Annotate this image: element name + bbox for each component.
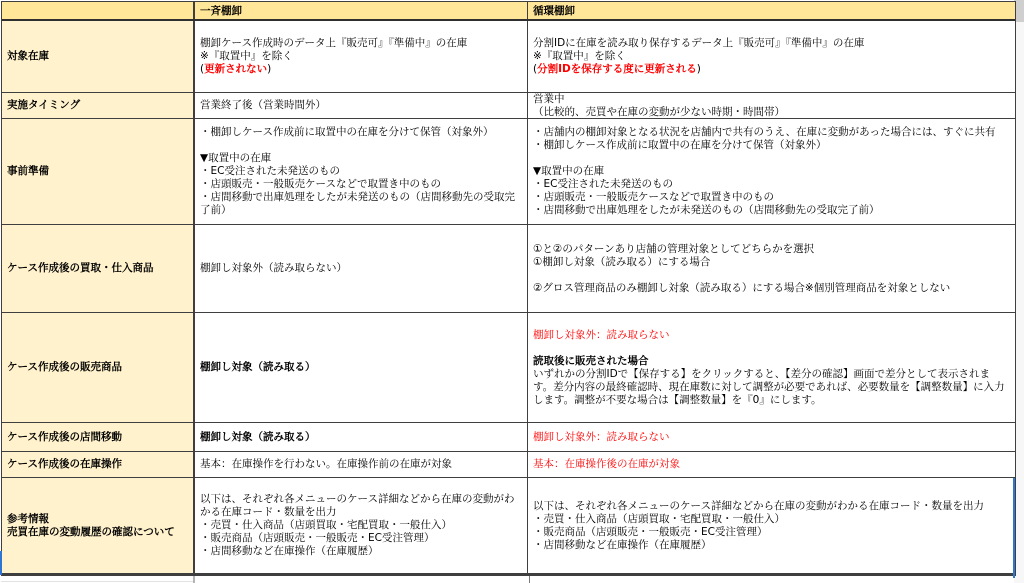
cell-text-line: 棚卸し対象外：読み取らない bbox=[533, 329, 1010, 342]
cell-sales-items-cycle[interactable]: 棚卸し対象外：読み取らない 読取後に販売された場合いずれかの分割IDで【保存する… bbox=[528, 313, 1015, 422]
row-label-sales-items[interactable]: ケース作成後の販売商品 bbox=[2, 313, 195, 422]
row-label-reference-info[interactable]: 参考情報 売買在庫の変動履歴の確認について bbox=[2, 478, 195, 573]
cell-target-stock-cycle[interactable]: 分割IDに在庫を読み取り保存するデータ上『販売可』『準備中』の在庫※『取置中』を… bbox=[528, 21, 1015, 92]
cell-text-line: ▼取置中の在庫 bbox=[533, 165, 1010, 178]
cell-text-line: 分割IDに在庫を読み取り保存するデータ上『販売可』『準備中』の在庫 bbox=[533, 37, 1010, 50]
row-label-target-stock[interactable]: 対象在庫 bbox=[2, 21, 195, 92]
cell-store-transfer-cycle[interactable]: 棚卸し対象外：読み取らない bbox=[528, 423, 1015, 451]
cell-timing-batch[interactable]: 営業終了後（営業時間外） bbox=[195, 93, 528, 118]
cell-text-line: ▼取置中の在庫 bbox=[200, 152, 522, 165]
table-row: 実施タイミング 営業終了後（営業時間外） 営業中（比較的、売買や在庫の変動が少な… bbox=[2, 93, 1015, 119]
cell-text-line: 営業終了後（営業時間外） bbox=[200, 99, 522, 112]
cell-text-line: 棚卸し対象外（読み取らない） bbox=[200, 262, 522, 275]
cell-preparation-batch[interactable]: ・棚卸しケース作成前に取置中の在庫を分けて保管（対象外） ▼取置中の在庫・EC受… bbox=[195, 119, 528, 224]
cell-text-line bbox=[200, 139, 522, 152]
selection-border-left bbox=[0, 551, 2, 575]
cell-sales-items-batch[interactable]: 棚卸し対象（読み取る） bbox=[195, 313, 528, 422]
cell-store-transfer-batch[interactable]: 棚卸し対象（読み取る） bbox=[195, 423, 528, 451]
cell-text-line: ・売買・仕入商品（店頭買取・宅配買取・一般仕入） bbox=[533, 513, 1010, 526]
cell-text-line: ・店頭販売・一般販売ケースなどで取置き中のもの bbox=[200, 178, 522, 191]
table-row: 対象在庫 棚卸ケース作成時のデータ上『販売可』『準備中』の在庫※『取置中』を除く… bbox=[2, 21, 1015, 93]
cell-text-line: いずれかの分割IDで【保存する】をクリックすると、【差分の確認】画面で差分として… bbox=[533, 368, 1010, 407]
cell-text-line: ※『取置中』を除く bbox=[200, 50, 522, 63]
cell-text-line: ・EC受注された未発送のもの bbox=[533, 178, 1010, 191]
cell-text-line: 以下は、それぞれ各メニューのケース詳細などから在庫の変動がわかる在庫コード・数量… bbox=[200, 493, 522, 519]
cell-text-line: (分割IDを保存する度に更新される) bbox=[533, 63, 1010, 76]
cell-text-line: 基本：在庫操作後の在庫が対象 bbox=[533, 458, 1010, 471]
cell-text-line: 棚卸ケース作成時のデータ上『販売可』『準備中』の在庫 bbox=[200, 37, 522, 50]
cell-text-line bbox=[533, 342, 1010, 355]
table-row: ケース作成後の買取・仕入商品 棚卸し対象外（読み取らない） ①と②のパターンあり… bbox=[2, 225, 1015, 313]
cell-text-line: 営業中 bbox=[533, 93, 1010, 106]
cell-text-line: (更新されない) bbox=[200, 63, 522, 76]
column-header-cycle-stocktaking[interactable]: 循環棚卸 bbox=[528, 2, 1015, 19]
row-label-preparation[interactable]: 事前準備 bbox=[2, 119, 195, 224]
cell-text-line: ②グロス管理商品のみ棚卸し対象（読み取る）にする場合※個別管理商品を対象としない bbox=[533, 282, 1010, 295]
table-row: ケース作成後の販売商品 棚卸し対象（読み取る） 棚卸し対象外：読み取らない 読取… bbox=[2, 313, 1015, 423]
cell-text-line: ・店間移動で出庫処理をしたが未発送のもの（店間移動先の受取完了前） bbox=[200, 191, 522, 217]
cell-text-line: ・EC受注された未発送のもの bbox=[200, 165, 522, 178]
cell-preparation-cycle[interactable]: ・店舗内の棚卸対象となる状況を店舗内で共有のうえ、在庫に変動があった場合には、す… bbox=[528, 119, 1015, 224]
cell-purchase-items-batch[interactable]: 棚卸し対象外（読み取らない） bbox=[195, 225, 528, 312]
cell-timing-cycle[interactable]: 営業中（比較的、売買や在庫の変動が少ない時期・時間帯） bbox=[528, 93, 1015, 118]
table-row: 参考情報 売買在庫の変動履歴の確認について 以下は、それぞれ各メニューのケース詳… bbox=[2, 478, 1015, 575]
cell-text-line: ・販売商品（店頭販売・一般販売・EC受注管理） bbox=[533, 526, 1010, 539]
gridline-fragment bbox=[193, 576, 195, 583]
row-label-timing[interactable]: 実施タイミング bbox=[2, 93, 195, 118]
table-header-row: 一斉棚卸 循環棚卸 bbox=[2, 2, 1015, 21]
cell-reference-info-batch[interactable]: 以下は、それぞれ各メニューのケース詳細などから在庫の変動がわかる在庫コード・数量… bbox=[195, 478, 528, 573]
cell-text-line: 読取後に販売された場合 bbox=[533, 355, 1010, 368]
cell-text-line: ・棚卸しケース作成前に取置中の在庫を分けて保管（対象外） bbox=[533, 139, 1010, 152]
cell-text-line: 以下は、それぞれ各メニューのケース詳細などから在庫の変動がわかる在庫コード・数量… bbox=[533, 500, 1010, 513]
cell-text-line: ①と②のパターンあり店舗の管理対象としてどちらかを選択 bbox=[533, 243, 1010, 256]
cell-stock-operation-cycle[interactable]: 基本：在庫操作後の在庫が対象 bbox=[528, 452, 1015, 477]
cell-text-line: ・店間移動で出庫処理をしたが未発送のもの（店間移動先の受取完了前） bbox=[533, 204, 1010, 217]
cell-text-line: 棚卸し対象外：読み取らない bbox=[533, 431, 1010, 444]
row-label-stock-operation[interactable]: ケース作成後の在庫操作 bbox=[2, 452, 195, 477]
gridline-fragment bbox=[529, 576, 530, 583]
cell-text-line: ・店間移動など在庫操作（在庫履歴） bbox=[533, 539, 1010, 552]
cell-text-line bbox=[533, 152, 1010, 165]
cell-text-line: ・店頭販売・一般販売ケースなどで取置き中のもの bbox=[533, 191, 1010, 204]
cell-text-line: ・売買・仕入商品（店頭買取・宅配買取・一般仕入） bbox=[200, 519, 522, 532]
row-label-purchase-items[interactable]: ケース作成後の買取・仕入商品 bbox=[2, 225, 195, 312]
cell-text-line bbox=[533, 269, 1010, 282]
selection-border-right bbox=[1013, 478, 1015, 578]
spreadsheet-area: 一斉棚卸 循環棚卸 対象在庫 棚卸ケース作成時のデータ上『販売可』『準備中』の在… bbox=[0, 0, 1024, 583]
row-label-store-transfer[interactable]: ケース作成後の店間移動 bbox=[2, 423, 195, 451]
cell-text-line: 棚卸し対象（読み取る） bbox=[200, 431, 522, 444]
stocktaking-comparison-table: 一斉棚卸 循環棚卸 対象在庫 棚卸ケース作成時のデータ上『販売可』『準備中』の在… bbox=[1, 1, 1016, 576]
cell-text-line: （比較的、売買や在庫の変動が少ない時期・時間帯） bbox=[533, 106, 1010, 119]
table-row: ケース作成後の在庫操作 基本：在庫操作を行わない。在庫操作前の在庫が対象 基本：… bbox=[2, 452, 1015, 478]
column-header-batch-stocktaking[interactable]: 一斉棚卸 bbox=[195, 2, 528, 19]
cell-text-line: ・販売商品（店頭販売・一般販売・EC受注管理） bbox=[200, 532, 522, 545]
cell-text-line: 基本：在庫操作を行わない。在庫操作前の在庫が対象 bbox=[200, 458, 522, 471]
gridline-fragment bbox=[1, 581, 194, 582]
cell-text-line: 棚卸し対象（読み取る） bbox=[200, 361, 522, 374]
cell-text-line: ①棚卸し対象（読み取る）にする場合 bbox=[533, 256, 1010, 269]
cell-text-line: ※『取置中』を除く bbox=[533, 50, 1010, 63]
cell-text-line: ・棚卸しケース作成前に取置中の在庫を分けて保管（対象外） bbox=[200, 126, 522, 139]
cell-purchase-items-cycle[interactable]: ①と②のパターンあり店舗の管理対象としてどちらかを選択①棚卸し対象（読み取る）に… bbox=[528, 225, 1015, 312]
table-row: 事前準備 ・棚卸しケース作成前に取置中の在庫を分けて保管（対象外） ▼取置中の在… bbox=[2, 119, 1015, 225]
cell-stock-operation-batch[interactable]: 基本：在庫操作を行わない。在庫操作前の在庫が対象 bbox=[195, 452, 528, 477]
cell-text-line: ・店間移動など在庫操作（在庫履歴） bbox=[200, 545, 522, 558]
corner-cell[interactable] bbox=[2, 2, 195, 19]
cell-reference-info-cycle[interactable]: 以下は、それぞれ各メニューのケース詳細などから在庫の変動がわかる在庫コード・数量… bbox=[528, 478, 1015, 573]
cell-target-stock-batch[interactable]: 棚卸ケース作成時のデータ上『販売可』『準備中』の在庫※『取置中』を除く(更新され… bbox=[195, 21, 528, 92]
cell-text-line: ・店舗内の棚卸対象となる状況を店舗内で共有のうえ、在庫に変動があった場合には、す… bbox=[533, 126, 1010, 139]
table-row: ケース作成後の店間移動 棚卸し対象（読み取る） 棚卸し対象外：読み取らない bbox=[2, 423, 1015, 452]
